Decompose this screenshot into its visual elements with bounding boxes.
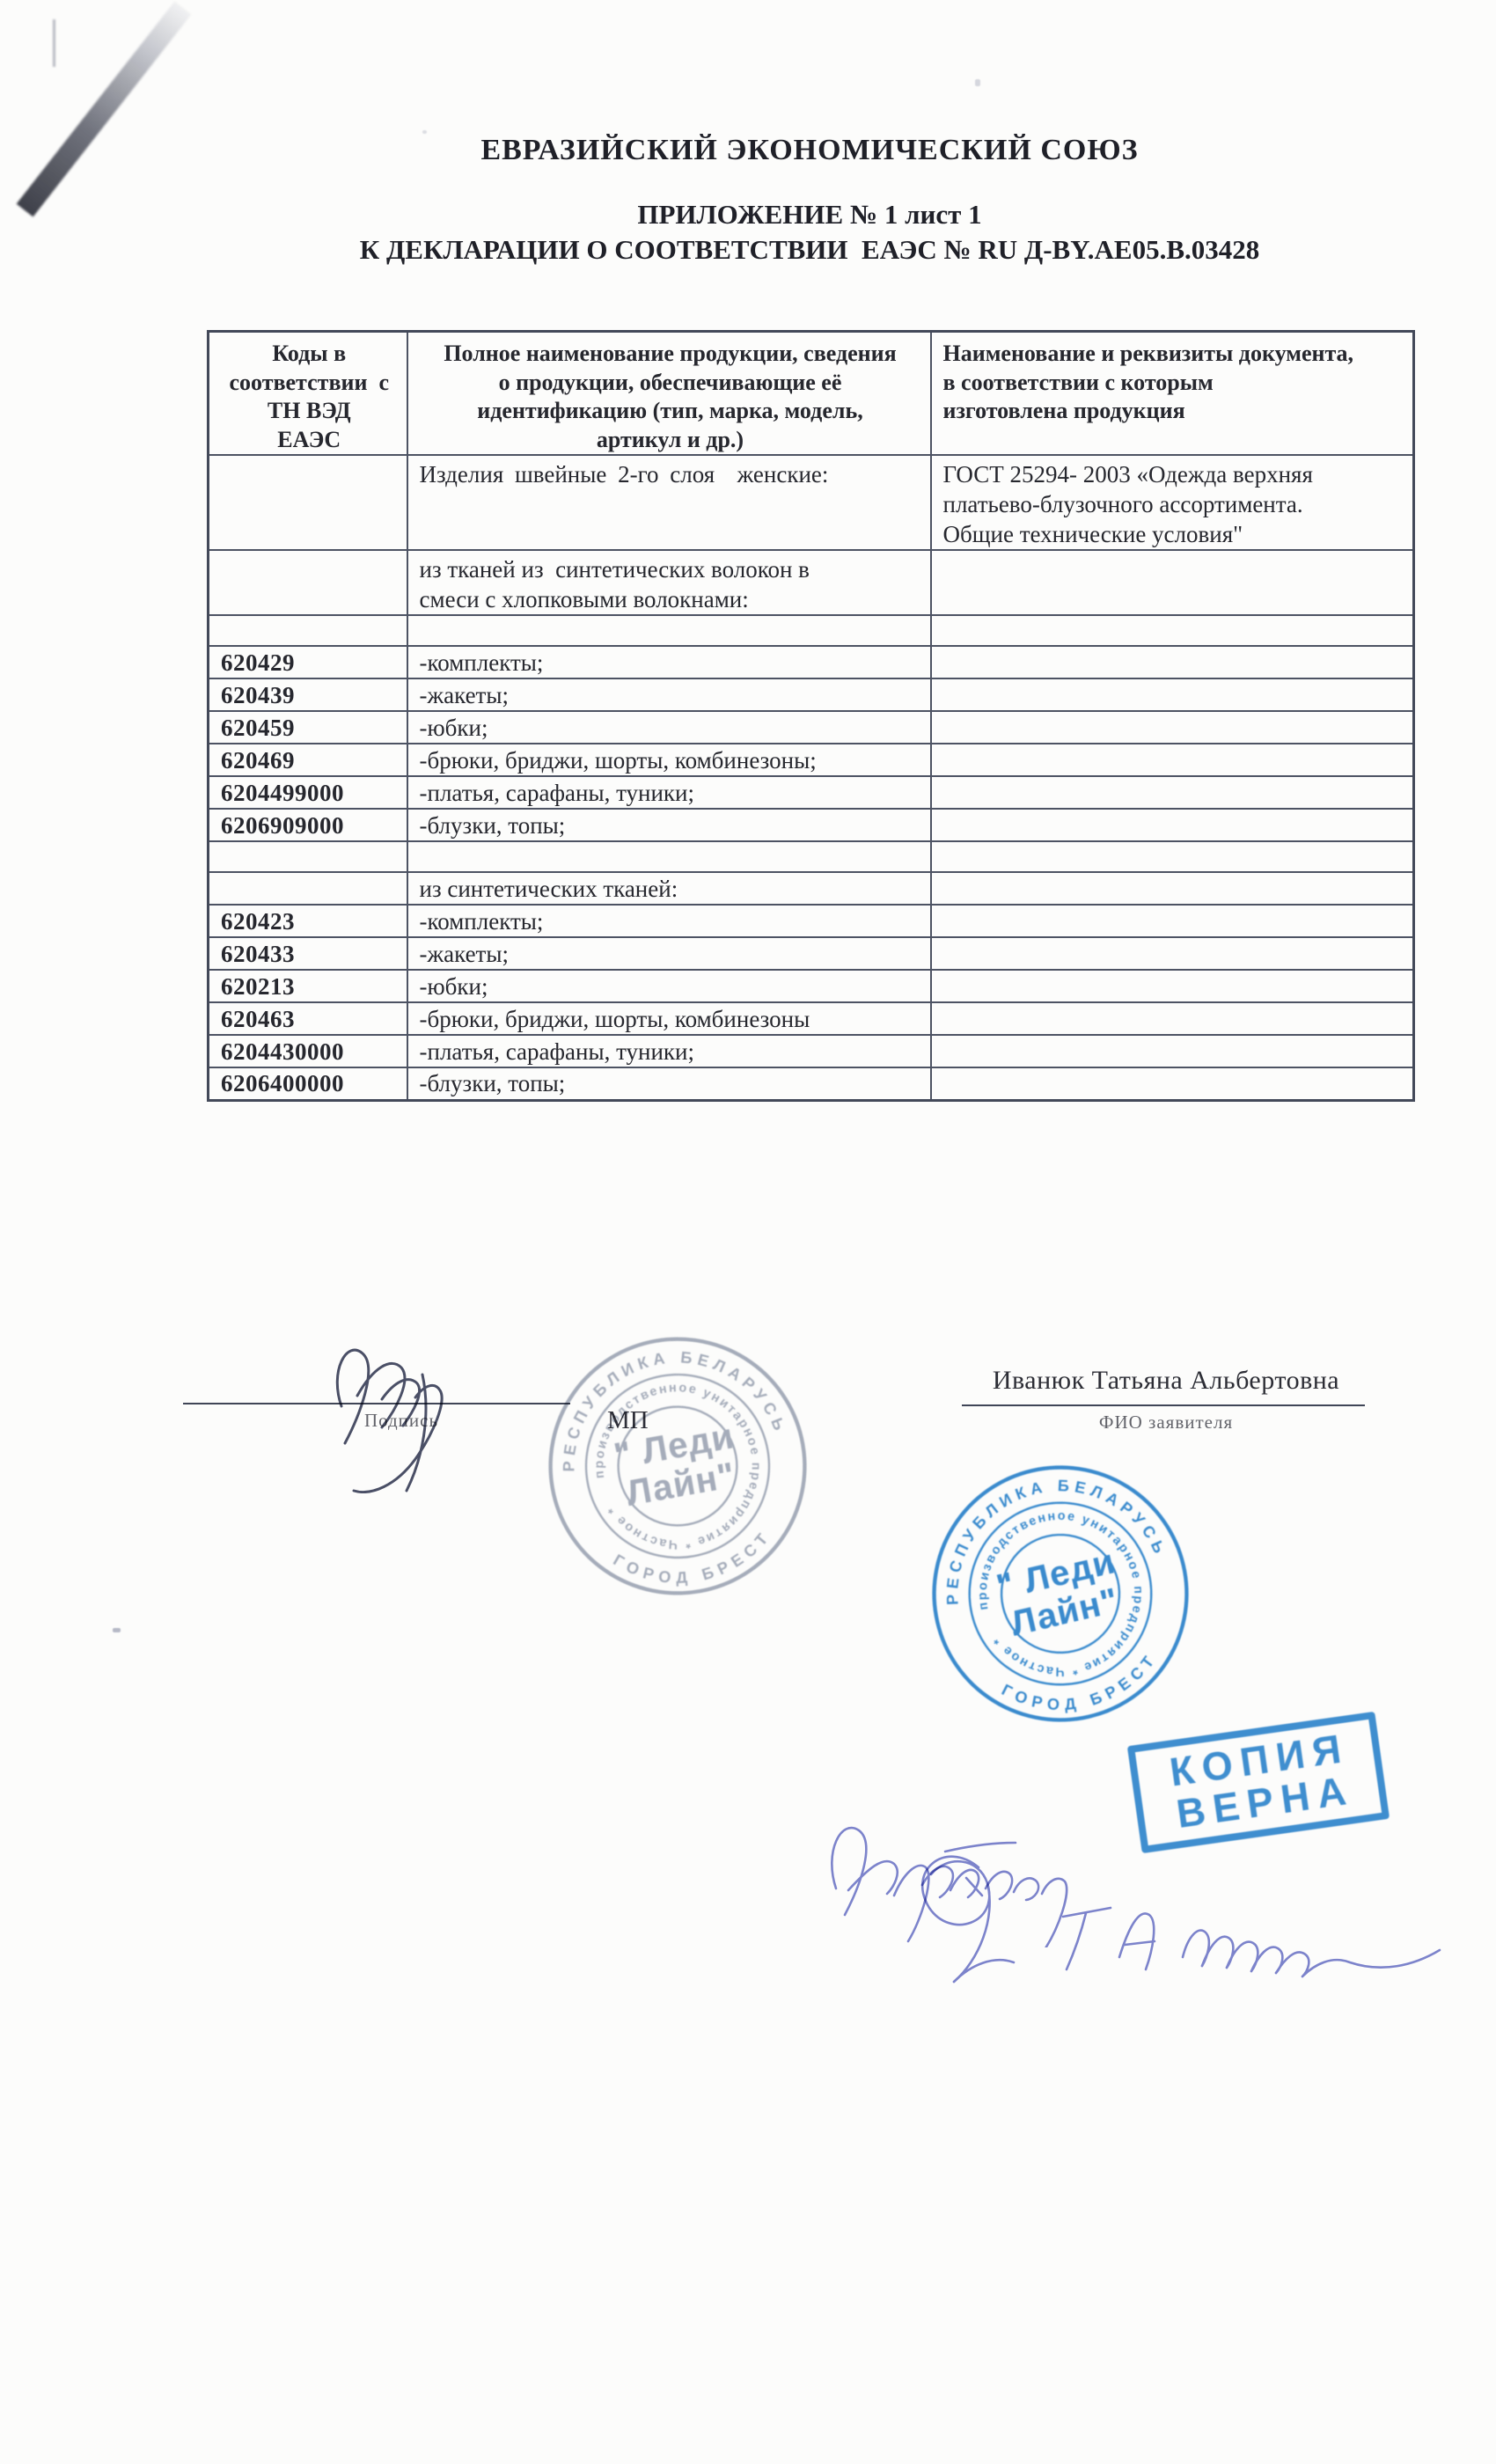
product-cell: Изделия швейные 2-го слоя женские:: [407, 455, 931, 550]
header-product: Полное наименование продукции, сведения …: [407, 332, 931, 456]
product-cell: -платья, сарафаны, туники;: [407, 1035, 931, 1067]
product-codes-table: Коды в соответствии с ТН ВЭД ЕАЭС Полное…: [207, 330, 1415, 1102]
document-cell: [931, 646, 1414, 678]
applicant-label: ФИО заявителя: [959, 1412, 1373, 1434]
document-cell: [931, 678, 1414, 711]
product-cell: из тканей из синтетических волокон в сме…: [407, 550, 931, 615]
code-cell: [209, 872, 407, 905]
table-row: 6206909000 -блузки, топы;: [209, 809, 1414, 841]
table-row: из тканей из синтетических волокон в сме…: [209, 550, 1414, 615]
applicant-name: Иванюк Татьяна Альбертовна: [993, 1366, 1339, 1395]
code-cell: [209, 455, 407, 550]
handwritten-signature: [290, 1318, 493, 1507]
document-cell: [931, 937, 1414, 970]
document-cell: [931, 905, 1414, 937]
code-cell: 620423: [209, 905, 407, 937]
code-cell: [209, 550, 407, 615]
scan-speck: [975, 79, 980, 86]
table-header-row: Коды в соответствии с ТН ВЭД ЕАЭС Полное…: [209, 332, 1414, 456]
document-cell: [931, 872, 1414, 905]
product-cell: -брюки, бриджи, шорты, комбинезоны: [407, 1002, 931, 1035]
header-codes: Коды в соответствии с ТН ВЭД ЕАЭС: [209, 332, 407, 456]
applicant-name-wrap: Иванюк Татьяна Альбертовна: [959, 1366, 1373, 1396]
document-cell: [931, 1002, 1414, 1035]
company-round-seal-blue: РЕСПУБЛИКА БЕЛАРУСЬ ГОРОД БРЕСТ производ…: [899, 1433, 1222, 1756]
product-cell: [407, 615, 931, 646]
code-cell: 620429: [209, 646, 407, 678]
product-cell: -жакеты;: [407, 678, 931, 711]
code-cell: 620469: [209, 744, 407, 776]
code-cell: 620213: [209, 970, 407, 1002]
document-cell: [931, 711, 1414, 744]
product-cell: -блузки, топы;: [407, 809, 931, 841]
table-row: 6204499000 -платья, сарафаны, туники;: [209, 776, 1414, 809]
scan-artifact-band: [17, 2, 192, 217]
product-cell: [407, 841, 931, 872]
handwritten-signature-and-name: Т.А Иванюк: [880, 1832, 1452, 1999]
product-cell: -блузки, топы;: [407, 1067, 931, 1100]
document-cell: [931, 550, 1414, 615]
applicant-name-line: [962, 1404, 1365, 1406]
table-row: 620213 -юбки;: [209, 970, 1414, 1002]
table-row: 6204430000 -платья, сарафаны, туники;: [209, 1035, 1414, 1067]
code-cell: [209, 615, 407, 646]
scan-speck: [113, 1628, 121, 1632]
product-cell: -жакеты;: [407, 937, 931, 970]
table-row: из синтетических тканей:: [209, 872, 1414, 905]
company-round-seal-faded: РЕСПУБЛИКА БЕЛАРУСЬ ГОРОД БРЕСТ производ…: [521, 1309, 835, 1624]
document-cell: [931, 1035, 1414, 1067]
document-cell: [931, 1067, 1414, 1100]
scanned-declaration-annex-page: ЕВРАЗИЙСКИЙ ЭКОНОМИЧЕСКИЙ СОЮЗ ПРИЛОЖЕНИ…: [0, 0, 1496, 2464]
code-cell: 620459: [209, 711, 407, 744]
document-cell: [931, 776, 1414, 809]
product-cell: из синтетических тканей:: [407, 872, 931, 905]
table-row: [209, 841, 1414, 872]
table-row: 620439 -жакеты;: [209, 678, 1414, 711]
document-cell: ГОСТ 25294- 2003 «Одежда верхняя платьев…: [931, 455, 1414, 550]
table-row: 620423 -комплекты;: [209, 905, 1414, 937]
code-cell: 6206400000: [209, 1067, 407, 1100]
table-row: 6206400000 -блузки, топы;: [209, 1067, 1414, 1100]
declaration-number-line: К ДЕКЛАРАЦИИ О СООТВЕТСТВИИ ЕАЭС № RU Д-…: [207, 234, 1412, 266]
code-cell: 6204499000: [209, 776, 407, 809]
product-cell: -брюки, бриджи, шорты, комбинезоны;: [407, 744, 931, 776]
table-row: 620429 -комплекты;: [209, 646, 1414, 678]
table-row: 620459 -юбки;: [209, 711, 1414, 744]
product-cell: -юбки;: [407, 970, 931, 1002]
code-cell: 6206909000: [209, 809, 407, 841]
document-cell: [931, 615, 1414, 646]
table-row: Изделия швейные 2-го слоя женские: ГОСТ …: [209, 455, 1414, 550]
header-document: Наименование и реквизиты документа, в со…: [931, 332, 1414, 456]
document-cell: [931, 841, 1414, 872]
table-row: 620463 -брюки, бриджи, шорты, комбинезон…: [209, 1002, 1414, 1035]
product-cell: -комплекты;: [407, 646, 931, 678]
document-cell: [931, 970, 1414, 1002]
code-cell: [209, 841, 407, 872]
page-title: ЕВРАЗИЙСКИЙ ЭКОНОМИЧЕСКИЙ СОЮЗ: [207, 134, 1412, 167]
annex-subtitle: ПРИЛОЖЕНИЕ № 1 лист 1: [207, 199, 1412, 231]
code-cell: 620433: [209, 937, 407, 970]
product-cell: -комплекты;: [407, 905, 931, 937]
table-row: [209, 615, 1414, 646]
table-row: 620433 -жакеты;: [209, 937, 1414, 970]
code-cell: 6204430000: [209, 1035, 407, 1067]
product-cell: -платья, сарафаны, туники;: [407, 776, 931, 809]
code-cell: 620463: [209, 1002, 407, 1035]
scan-artifact-dash: [53, 19, 55, 67]
code-cell: 620439: [209, 678, 407, 711]
product-cell: -юбки;: [407, 711, 931, 744]
table-row: 620469 -брюки, бриджи, шорты, комбинезон…: [209, 744, 1414, 776]
document-cell: [931, 809, 1414, 841]
document-cell: [931, 744, 1414, 776]
